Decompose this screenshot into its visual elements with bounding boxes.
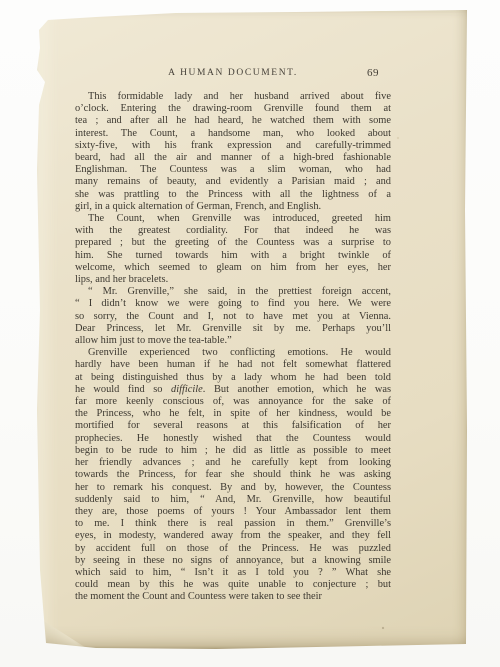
text-line: This formidable lady and her husband arr… [75,91,391,103]
paragraph: “ Mr. Grenville,” she said, in the prett… [75,286,391,347]
text-line: The Count, when Grenville was introduced… [75,213,391,225]
text-line: suddenly said to him, “ And, Mr. Grenvil… [75,494,391,506]
text-line: lips, and her bracelets. [75,274,391,286]
text-line: she was prattling to the Princess with a… [75,189,391,201]
text-line: many remains of beauty, and evidently a … [75,176,391,188]
paragraph: Grenville experienced two conflicting em… [75,347,391,603]
text-line: the Princess, who he felt, in spite of h… [75,408,391,420]
text-line: towards the Princess, for fear she shoul… [75,469,391,481]
text-line: by accident full on those of the Princes… [75,543,391,555]
text-line: could mean by this he was quite unable t… [75,579,391,591]
text-line: at being distinguished thus by a lady wh… [75,372,391,384]
text-line: he would find so difficile. But another … [75,384,391,396]
text-line: they are, those poems of yours ! Your Am… [75,506,391,518]
text-line: which said to him, “ Isn’t it as I told … [75,567,391,579]
text-line: hardly have been human if he had not fel… [75,359,391,371]
text-line: so sorry, the Count and I, not to have m… [75,311,391,323]
body-text: This formidable lady and her husband arr… [75,91,391,604]
text-line: far more keenly conscious of, was annoya… [75,396,391,408]
book-page: A HUMAN DOCUMENT. 69 This formidable lad… [36,10,467,649]
text-line: eyes, in modesty, wandered away from the… [75,530,391,542]
text-line: to me. I think there is real passion in … [75,518,391,530]
paragraph: This formidable lady and her husband arr… [75,91,391,213]
text-line: interest. The Count, a handsome man, who… [75,128,391,140]
text-line: Dear Princess, let Mr. Grenville sit by … [75,323,391,335]
page-title: A HUMAN DOCUMENT. [75,68,391,78]
text-line: sixty-five, with his frank expression an… [75,140,391,152]
text-line: Grenville experienced two conflicting em… [75,347,391,359]
text-line: by seeing in these no signs of annoyance… [75,555,391,567]
text-line: o’clock. Entering the drawing-room Grenv… [75,103,391,115]
text-line: “ Mr. Grenville,” she said, in the prett… [75,286,391,298]
text-line: tea ; and after all he had heard, he wat… [75,115,391,127]
text-line: mortified for several reasons at this fa… [75,420,391,432]
text-line: prepared ; but the greeting of the Count… [75,237,391,249]
text-line: begin to be rude to him ; he did as litt… [75,445,391,457]
text-line: her to remark his conquest. By and by, h… [75,482,391,494]
text-line: with the greatest cordiality. For that i… [75,225,391,237]
text-line: girl, in a quick alternation of German, … [75,201,391,213]
scan-background: A HUMAN DOCUMENT. 69 This formidable lad… [0,0,500,667]
running-head: A HUMAN DOCUMENT. 69 [75,68,391,82]
text-line: allow him just to move the tea-table.” [75,335,391,347]
text-line: “ I didn’t know we were going to find yo… [75,298,391,310]
text-line: him. She turned towards him with a brigh… [75,250,391,262]
paragraph: The Count, when Grenville was introduced… [75,213,391,286]
text-line: welcome, which seemed to gleam on him fr… [75,262,391,274]
text-line: beard, had all the air and manner of a h… [75,152,391,164]
text-line: her friendly advances ; and he carefully… [75,457,391,469]
text-line: the moment the Count and Countess were t… [75,591,391,603]
text-line: prophecies. He honestly wished that the … [75,433,391,445]
page-number: 69 [367,67,379,79]
text-block: A HUMAN DOCUMENT. 69 This formidable lad… [75,68,391,604]
text-line: Englishman. The Countess was a slim woma… [75,164,391,176]
